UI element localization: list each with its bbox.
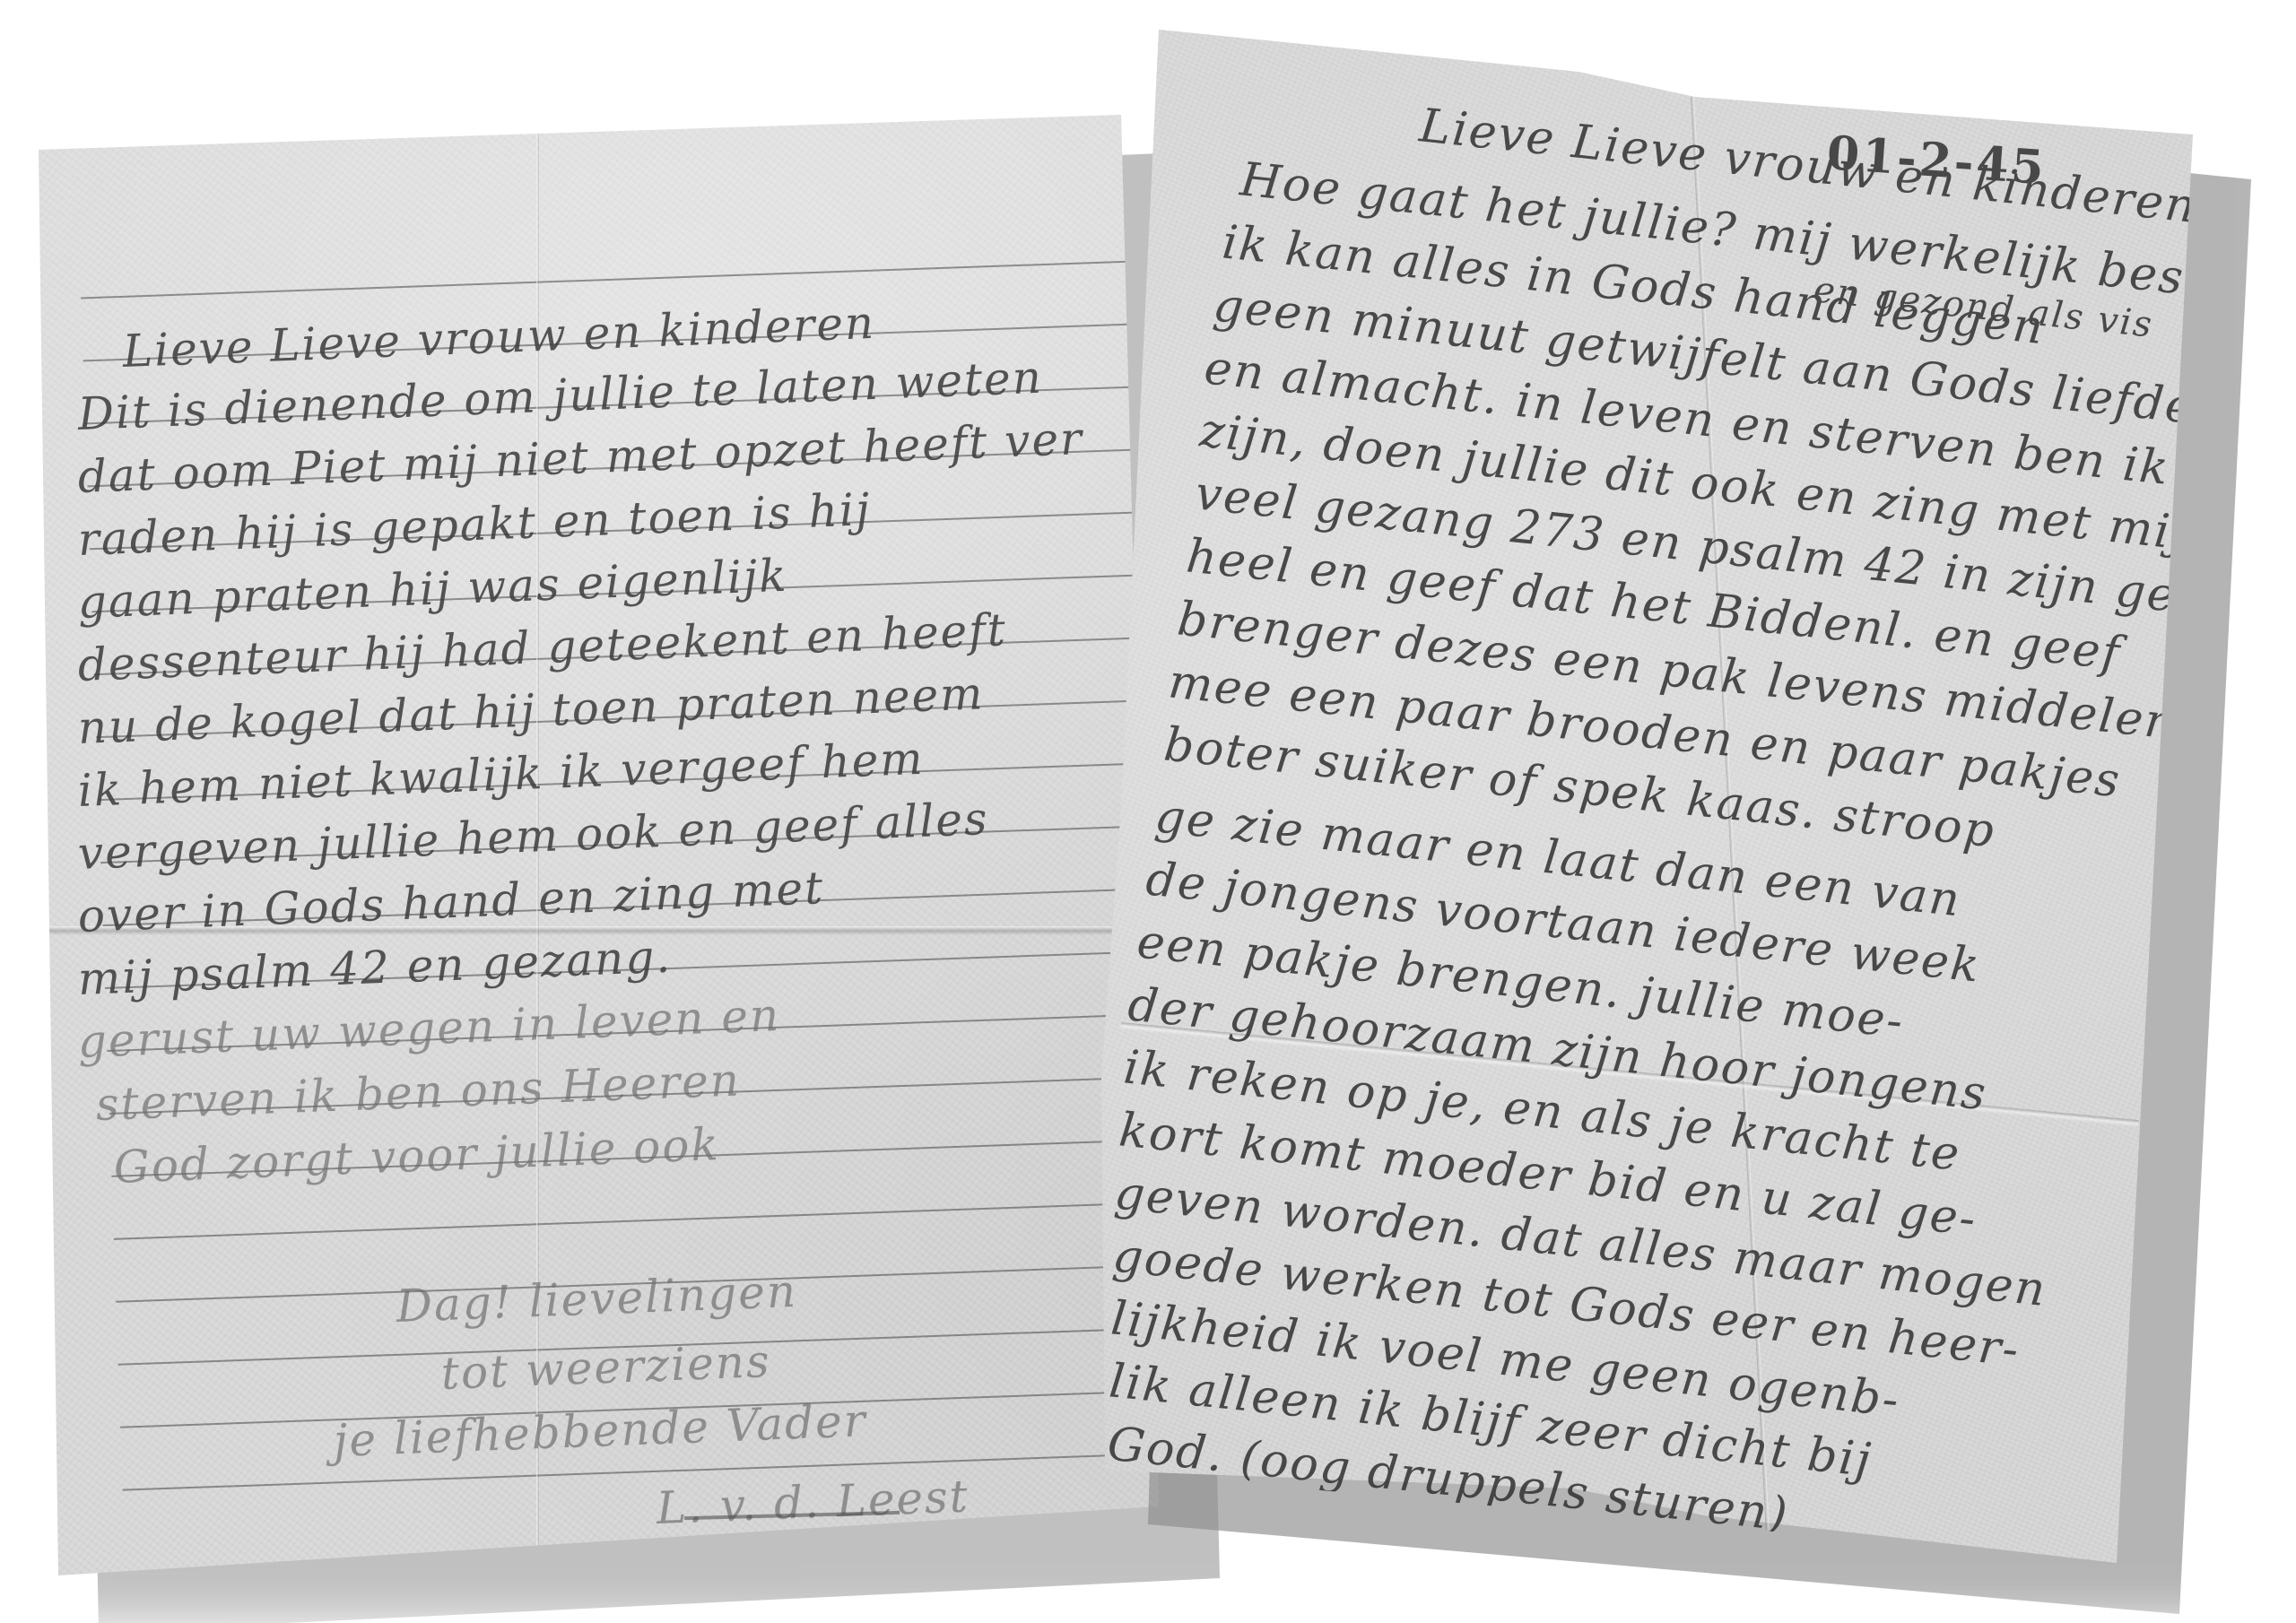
- letter-right: Lieve Lieve vrouw en kinderen 01-2-45 Ho…: [0, 0, 2296, 1623]
- document-photo: Lieve Lieve vrouw en kinderen Dit is die…: [0, 0, 2296, 1623]
